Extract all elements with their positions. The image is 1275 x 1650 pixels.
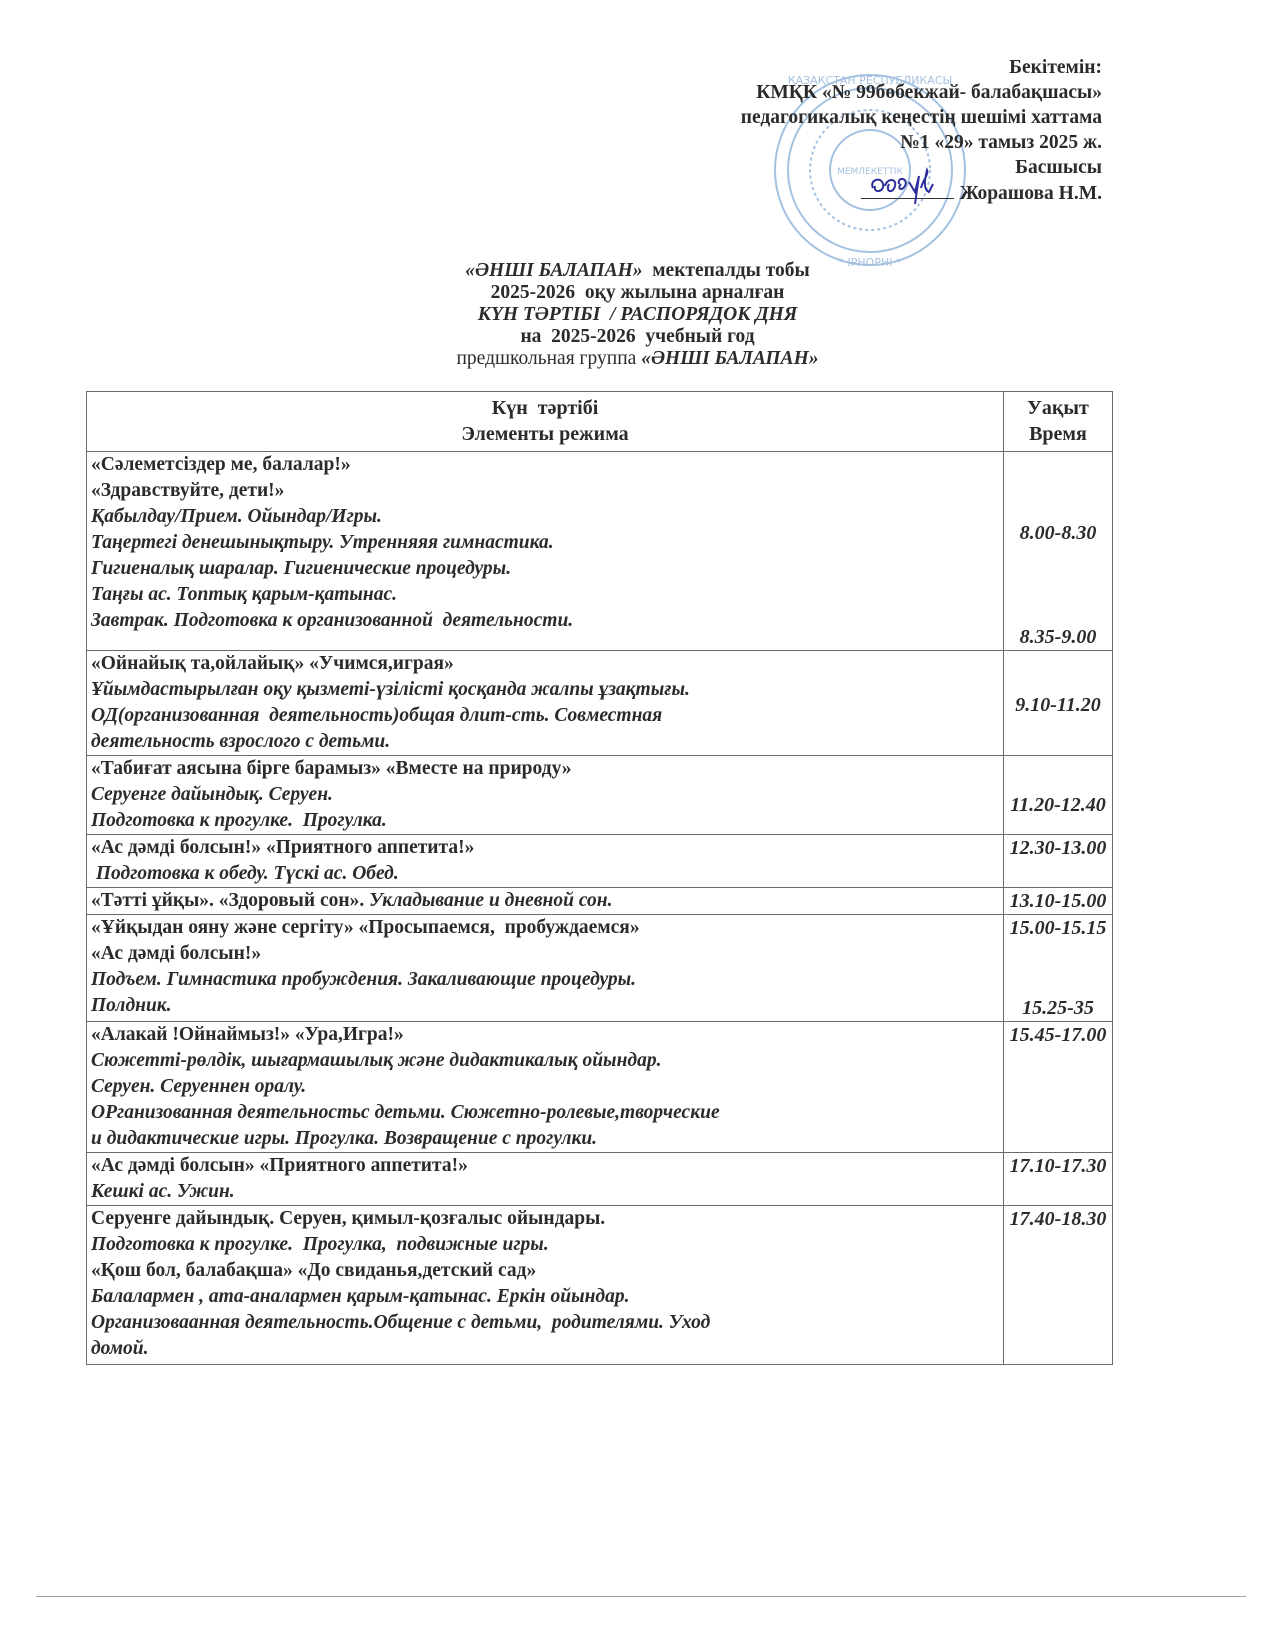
table-row: «Ұйқыдан ояну және сергіту» «Просыпаемся… [87, 914, 1113, 1022]
activity-line: «Здравствуйте, дети!» [91, 478, 999, 504]
activity-line: «Қош бол, балабақша» «До свиданья,детски… [91, 1258, 999, 1284]
activity-line: ОД(организованная деятельность)общая дли… [91, 703, 999, 729]
activity-cell: «Табиғат аясына бірге барамыз» «Вместе н… [87, 755, 1004, 834]
table-row: «Ойнайық та,ойлайық» «Учимся,играя»Ұйымд… [87, 650, 1113, 755]
activity-cell: «Сәлеметсіздер ме, балалар!»«Здравствуйт… [87, 452, 1004, 651]
time-cell: 8.00-8.308.35-9.00 [1004, 452, 1113, 651]
activity-line: домой. [91, 1336, 999, 1362]
time-cell: 11.20-12.40 [1004, 755, 1113, 834]
time-value: 11.20-12.40 [1008, 792, 1108, 818]
approval-line: Бекітемін: [741, 55, 1102, 80]
signer-line: Жорашова Н.М. [741, 180, 1102, 206]
table-row: «Алакай !Ойнаймыз!» «Ура,Игра!»Сюжетті-р… [87, 1022, 1113, 1153]
activity-line: Подготовка к обеду. Түскі ас. Обед. [91, 861, 999, 887]
time-cell: 15.00-15.1515.25-35 [1004, 914, 1113, 1022]
table-header-row: Күн тәртібі Элементы режима Уақыт Время [87, 392, 1113, 452]
signer-name: Жорашова Н.М. [960, 183, 1102, 204]
activity-cell: «Ойнайық та,ойлайық» «Учимся,играя»Ұйымд… [87, 650, 1004, 755]
title-line-5: предшкольная группа «ӘНШІ БАЛАПАН» [0, 348, 1275, 370]
time-cell: 17.40-18.30 [1004, 1206, 1113, 1365]
table-row: «Ас дәмді болсын!» «Приятного аппетита!»… [87, 834, 1113, 887]
activity-line: Гигиеналық шаралар. Гигиенические процед… [91, 556, 999, 582]
table-row: «Сәлеметсіздер ме, балалар!»«Здравствуйт… [87, 452, 1113, 651]
activity-line: Подготовка к прогулке. Прогулка. [91, 808, 999, 834]
activity-cell: «Ас дәмді болсын!» «Приятного аппетита!»… [87, 834, 1004, 887]
table-row: Серуенге дайындық. Серуен, қимыл-қозғалы… [87, 1206, 1113, 1365]
activity-line: ОРганизованная деятельностьс детьми. Сюж… [91, 1100, 999, 1126]
table-row: «Табиғат аясына бірге барамыз» «Вместе н… [87, 755, 1113, 834]
signature-line [861, 180, 954, 199]
activity-line: «Ас дәмді болсын!» [91, 941, 999, 967]
time-cell: 17.10-17.30 [1004, 1153, 1113, 1206]
activity-cell: «Ұйқыдан ояну және сергіту» «Просыпаемся… [87, 914, 1004, 1022]
activity-line: «Ас дәмді болсын» «Приятного аппетита!» [91, 1153, 999, 1179]
table-row: «Ас дәмді болсын» «Приятного аппетита!»К… [87, 1153, 1113, 1206]
activity-line: Таңғы ас. Топтық қарым-қатынас. [91, 582, 999, 608]
approval-line: №1 «29» тамыз 2025 ж. [741, 130, 1102, 155]
activity-cell: «Алакай !Ойнаймыз!» «Ура,Игра!»Сюжетті-р… [87, 1022, 1004, 1153]
activity-line: «Ас дәмді болсын!» «Приятного аппетита!» [91, 835, 999, 861]
activity-line: Таңертегі денешынықтыру. Утренняяя гимна… [91, 530, 999, 556]
activity-column-header: Күн тәртібі Элементы режима [87, 392, 1004, 452]
activity-line: Ұйымдастырылған оқу қызметі-үзілісті қос… [91, 677, 999, 703]
activity-cell: Серуенге дайындық. Серуен, қимыл-қозғалы… [87, 1206, 1004, 1365]
activity-line: «Ойнайық та,ойлайық» «Учимся,играя» [91, 651, 999, 677]
activity-line: и дидактические игры. Прогулка. Возвраще… [91, 1126, 999, 1152]
activity-line: «Ұйқыдан ояну және сергіту» «Просыпаемся… [91, 915, 999, 941]
activity-line: Кешкі ас. Ужин. [91, 1179, 999, 1205]
activity-line: Подъем. Гимнастика пробуждения. Закалива… [91, 967, 999, 993]
activity-line: Қабылдау/Прием. Ойындар/Игры. [91, 504, 999, 530]
title-line-2: 2025-2026 оқу жылына арналған [0, 282, 1275, 304]
title-line-4: на 2025-2026 учебный год [0, 326, 1275, 348]
time-value: 17.10-17.30 [1008, 1153, 1108, 1179]
time-cell: 13.10-15.00 [1004, 887, 1113, 914]
activity-line: Завтрак. Подготовка к организованной дея… [91, 608, 999, 634]
activity-line: «Табиғат аясына бірге барамыз» «Вместе н… [91, 756, 999, 782]
activity-line: «Сәлеметсіздер ме, балалар!» [91, 452, 999, 478]
activity-line: Серуен. Серуеннен оралу. [91, 1074, 999, 1100]
time-column-header: Уақыт Время [1004, 392, 1113, 452]
activity-line: «Алакай !Ойнаймыз!» «Ура,Игра!» [91, 1022, 999, 1048]
time-value: 15.00-15.15 [1008, 915, 1108, 941]
time-value: 13.10-15.00 [1008, 888, 1108, 914]
title-line-3: КҮН ТӘРТІБІ / РАСПОРЯДОК ДНЯ [0, 304, 1275, 326]
time-value: 9.10-11.20 [1008, 692, 1108, 718]
activity-line: Серуенге дайындық. Серуен, қимыл-қозғалы… [91, 1206, 999, 1232]
activity-line: Полдник. [91, 993, 999, 1019]
table-row: «Тәтті ұйқы». «Здоровый сон». Укладывани… [87, 887, 1113, 914]
time-cell: 12.30-13.00 [1004, 834, 1113, 887]
activity-line: «Тәтті ұйқы». «Здоровый сон». Укладывани… [91, 888, 999, 914]
activity-line: Сюжетті-рөлдік, шығармашылық және дидакт… [91, 1048, 999, 1074]
schedule-body: «Сәлеметсіздер ме, балалар!»«Здравствуйт… [87, 452, 1113, 1365]
approval-line: КМҚК «№ 99бөбекжай- балабақшасы» [741, 80, 1102, 105]
activity-line: Серуенге дайындық. Серуен. [91, 782, 999, 808]
time-cell: 9.10-11.20 [1004, 650, 1113, 755]
activity-line: Подготовка к прогулке. Прогулка, подвижн… [91, 1232, 999, 1258]
time-value: 8.35-9.00 [1008, 624, 1108, 650]
time-value: 12.30-13.00 [1008, 835, 1108, 861]
activity-cell: «Ас дәмді болсын» «Приятного аппетита!»К… [87, 1153, 1004, 1206]
approval-block: Бекітемін: КМҚК «№ 99бөбекжай- балабақша… [741, 55, 1102, 206]
time-cell: 15.45-17.00 [1004, 1022, 1113, 1153]
time-value: 8.00-8.30 [1008, 520, 1108, 546]
schedule-table: Күн тәртібі Элементы режима Уақыт Время … [86, 391, 1113, 1365]
activity-line: Балалармен , ата-аналармен қарым-қатынас… [91, 1284, 999, 1310]
page-bottom-rule [36, 1596, 1246, 1597]
time-value: 15.45-17.00 [1008, 1022, 1108, 1048]
document-title: «ӘНШІ БАЛАПАН» мектепалды тобы 2025-2026… [0, 260, 1275, 370]
activity-line: Организоваанная деятельность.Общение с д… [91, 1310, 999, 1336]
time-value: 15.25-35 [1008, 995, 1108, 1021]
activity-cell: «Тәтті ұйқы». «Здоровый сон». Укладывани… [87, 887, 1004, 914]
activity-line: деятельность взрослого с детьми. [91, 729, 999, 755]
signature-icon [867, 166, 947, 206]
title-line-1: «ӘНШІ БАЛАПАН» мектепалды тобы [0, 260, 1275, 282]
approval-line: педагогикалық кеңестің шешімі хаттама [741, 105, 1102, 130]
time-value: 17.40-18.30 [1008, 1206, 1108, 1232]
